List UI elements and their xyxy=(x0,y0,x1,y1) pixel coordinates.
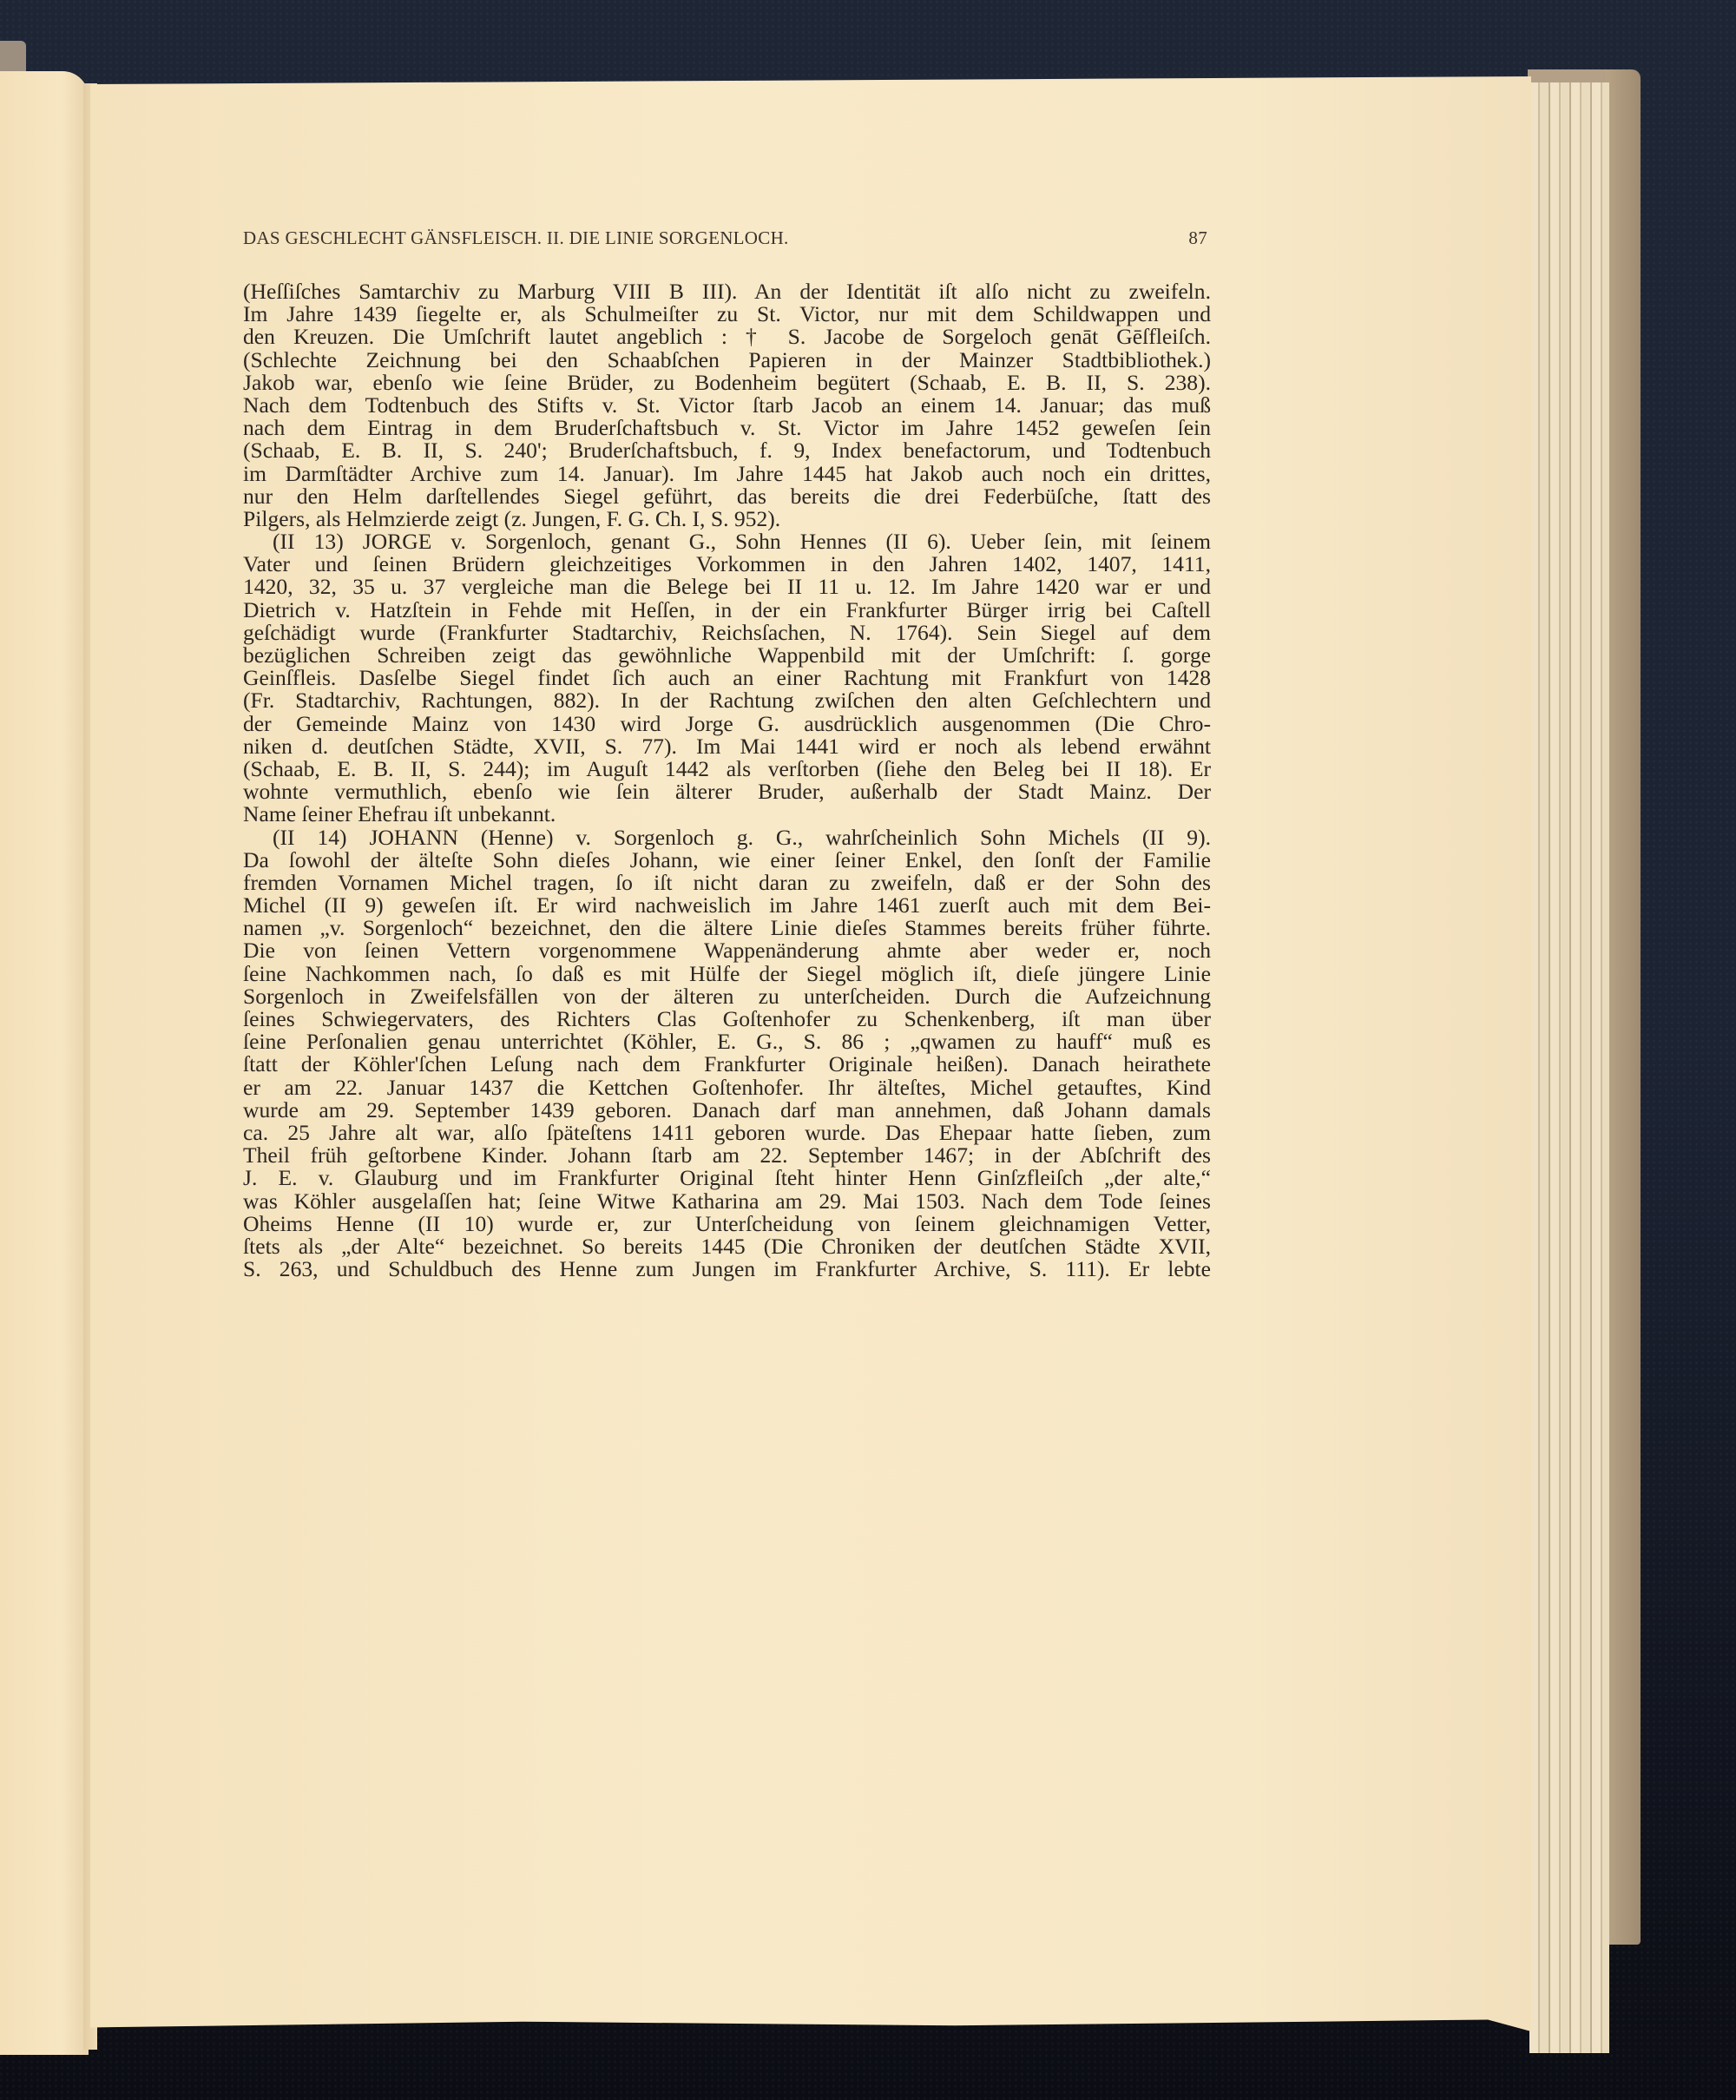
text-line: (Schlechte Zeichnung bei den Schaabſchen… xyxy=(243,349,1211,372)
text-line: Dietrich v. Hatzſtein in Fehde mit Heſſe… xyxy=(243,599,1211,622)
text-line: namen „v. Sorgenloch“ bezeichnet, den di… xyxy=(243,917,1211,939)
text-line: Geinſfleis. Dasſelbe Siegel findet ſich … xyxy=(243,667,1211,689)
text-line: bezüglichen Schreiben zeigt das gewöhnli… xyxy=(243,644,1211,667)
text-line: S. 263, und Schuldbuch des Henne zum Jun… xyxy=(243,1258,1211,1280)
text-line: geſchädigt wurde (Frankfurter Stadtarchi… xyxy=(243,622,1211,644)
text-line: im Darmſtädter Archive zum 14. Januar). … xyxy=(243,463,1211,485)
text-line: Da ſowohl der älteſte Sohn dieſes Johann… xyxy=(243,849,1211,872)
text-line: Oheims Henne (II 10) wurde er, zur Unter… xyxy=(243,1213,1211,1235)
running-head-title: DAS GESCHLECHT GÄNSFLEISCH. II. DIE LINI… xyxy=(243,227,789,249)
text-line: (Schaab, E. B. II, S. 244); im Auguſt 14… xyxy=(243,758,1211,780)
text-line: wurde am 29. September 1439 geboren. Dan… xyxy=(243,1099,1211,1122)
text-line: (II 13) JORGE v. Sorgenloch, genant G., … xyxy=(243,530,1211,553)
text-line: ca. 25 Jahre alt war, alſo ſpäteſtens 14… xyxy=(243,1122,1211,1144)
text-line: der Gemeinde Mainz von 1430 wird Jorge G… xyxy=(243,713,1211,735)
text-line: wohnte vermuthlich, ebenſo wie ſein älte… xyxy=(243,780,1211,803)
text-line: (II 14) JOHANN (Henne) v. Sorgenloch g. … xyxy=(243,826,1211,849)
text-line: Nach dem Todtenbuch des Stifts v. St. Vi… xyxy=(243,394,1211,417)
text-line: er am 22. Januar 1437 die Kettchen Goſte… xyxy=(243,1076,1211,1099)
text-line: (Schaab, E. B. II, S. 240'; Bruderſchaft… xyxy=(243,439,1211,462)
text-line: Pilgers, als Helmzierde zeigt (z. Jungen… xyxy=(243,508,1211,530)
text-line: fremden Vornamen Michel tragen, ſo iſt n… xyxy=(243,872,1211,894)
book-cover-edge xyxy=(1606,69,1641,1945)
deckled-fore-edge xyxy=(1529,82,1609,2053)
text-line: ſeine Perſonalien genau unterrichtet (Kö… xyxy=(243,1030,1211,1053)
text-line: Name ſeiner Ehefrau iſt unbekannt. xyxy=(243,803,1211,826)
text-line: Michel (II 9) geweſen iſt. Er wird nachw… xyxy=(243,894,1211,917)
running-head: DAS GESCHLECHT GÄNSFLEISCH. II. DIE LINI… xyxy=(243,227,1211,262)
text-line: Vater und ſeinen Brüdern gleichzeitiges … xyxy=(243,553,1211,576)
text-line: nur den Helm darſtellendes Siegel geführ… xyxy=(243,485,1211,508)
text-line: Theil früh geſtorbene Kinder. Johann ſta… xyxy=(243,1144,1211,1167)
text-line: (Heſſiſches Samtarchiv zu Marburg VIII B… xyxy=(243,280,1211,303)
text-line: niken d. deutſchen Städte, XVII, S. 77).… xyxy=(243,735,1211,758)
text-line: ſtatt der Köhler'ſchen Leſung nach dem F… xyxy=(243,1053,1211,1076)
text-line: den Kreuzen. Die Umſchrift lautet angebl… xyxy=(243,326,1211,348)
text-line: Sorgenloch in Zweifelsfällen von der ält… xyxy=(243,985,1211,1008)
page-number: 87 xyxy=(1188,227,1211,249)
page-text-block: DAS GESCHLECHT GÄNSFLEISCH. II. DIE LINI… xyxy=(243,227,1211,1280)
text-line: was Köhler ausgelaſſen hat; ſeine Witwe … xyxy=(243,1190,1211,1213)
text-line: nach dem Eintrag in dem Bruderſchaftsbuc… xyxy=(243,417,1211,439)
text-line: Im Jahre 1439 ſiegelte er, als Schulmeiſ… xyxy=(243,303,1211,326)
text-line: ſeine Nachkommen nach, ſo daß es mit Hül… xyxy=(243,963,1211,985)
text-line: (Fr. Stadtarchiv, Rachtungen, 882). In d… xyxy=(243,689,1211,712)
text-line: J. E. v. Glauburg und im Frankfurter Ori… xyxy=(243,1167,1211,1189)
text-line: ſtets als „der Alte“ bezeichnet. So bere… xyxy=(243,1235,1211,1258)
text-line: Die von ſeinen Vettern vorgenommene Wapp… xyxy=(243,939,1211,962)
text-line: ſeines Schwiegervaters, des Richters Cla… xyxy=(243,1008,1211,1030)
text-line: 1420, 32, 35 u. 37 vergleiche man die Be… xyxy=(243,576,1211,598)
text-line: Jakob war, ebenſo wie ſeine Brüder, zu B… xyxy=(243,372,1211,394)
left-page xyxy=(0,71,89,2055)
body-text: (Heſſiſches Samtarchiv zu Marburg VIII B… xyxy=(243,280,1211,1280)
bookmark-tab xyxy=(0,41,26,72)
